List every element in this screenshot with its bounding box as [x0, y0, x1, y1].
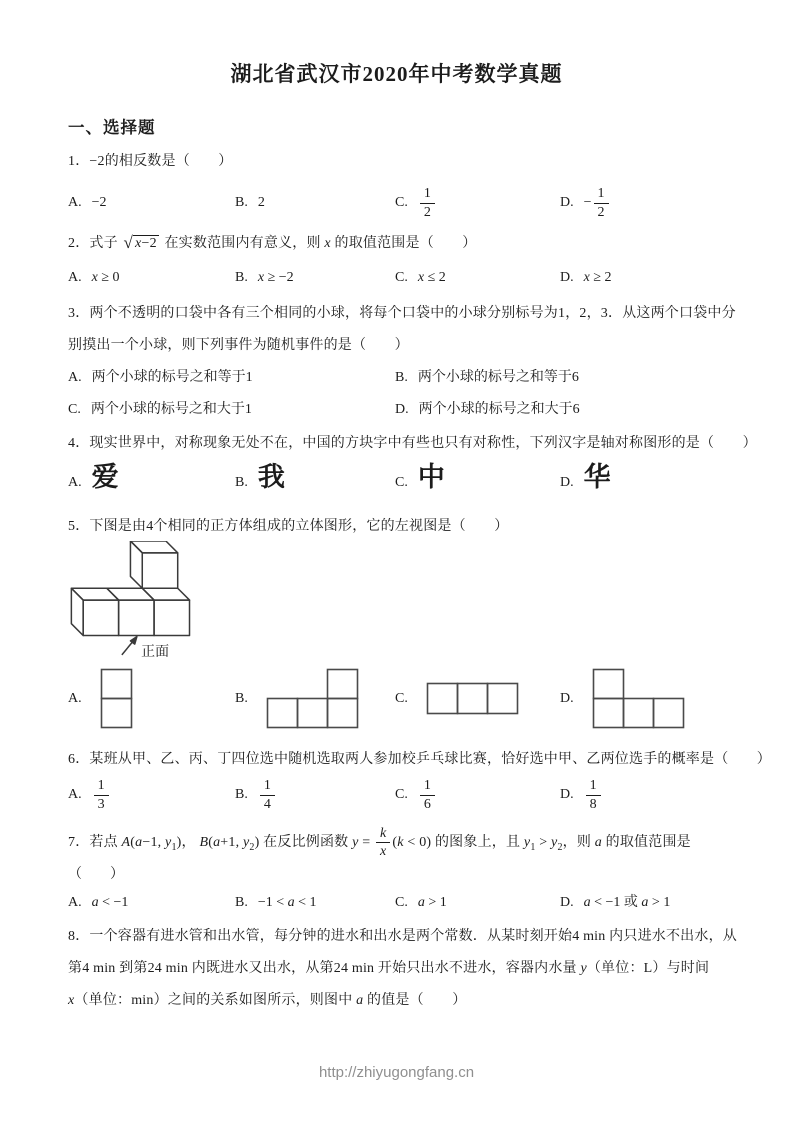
- fraction: 12: [420, 186, 435, 220]
- q3-option-c: C.两个小球的标号之和大于1: [68, 400, 395, 420]
- option-label: D.: [560, 195, 574, 210]
- fraction-denominator: 6: [420, 796, 435, 812]
- option-value: a > 1: [418, 895, 447, 910]
- fraction-numerator: 1: [420, 186, 435, 203]
- section-heading: 一、选择题: [68, 114, 733, 138]
- q2-option-a: A.x ≥ 0: [68, 268, 235, 288]
- figure-front-label: 正面: [141, 644, 169, 657]
- question-7-paren: （ ）: [68, 864, 733, 885]
- option-value: 两个小球的标号之和大于6: [419, 402, 580, 417]
- question-7-options: A.a < −1 B.−1 < a < 1 C.a > 1 D.a < −1 或…: [68, 893, 733, 913]
- question-5-stem: 5．下图是由4个相同的正方体组成的立体图形，它的左视图是（ ）: [68, 516, 733, 537]
- question-8-stem-line1: 8．一个容器有进水管和出水管，每分钟的进水和出水是两个常数．从某时刻开始4 mi…: [68, 926, 733, 947]
- option-label: D.: [560, 270, 574, 285]
- option-label: B.: [235, 895, 248, 910]
- q2-option-b: B.x ≥ −2: [235, 268, 395, 288]
- q7-option-d: D.a < −1 或 a > 1: [560, 893, 733, 913]
- stem-text: 在实数范围内有意义，则: [164, 236, 320, 251]
- option-label: B.: [235, 787, 248, 802]
- fraction-denominator: 8: [586, 796, 601, 812]
- q4-option-d: D.华: [560, 467, 733, 493]
- option-value: 两个小球的标号之和大于1: [91, 402, 252, 417]
- option-value: 两个小球的标号之和等于1: [92, 370, 253, 385]
- option-label: A.: [68, 691, 82, 707]
- fraction: 12: [594, 186, 609, 220]
- cube-figure-svg: 正面: [68, 541, 238, 657]
- q4-option-c: C.中: [395, 467, 560, 493]
- stem-text: 2．式子: [68, 236, 118, 251]
- q5-option-d: D.: [560, 668, 733, 730]
- question-5-options: A. B. C. D.: [68, 663, 733, 735]
- fraction-numerator: 1: [594, 186, 609, 203]
- q5-option-a-shape: [100, 668, 134, 730]
- option-value: a < −1 或 a > 1: [584, 895, 671, 910]
- question-5: 5．下图是由4个相同的正方体组成的立体图形，它的左视图是（ ）: [68, 516, 733, 735]
- option-label: C.: [395, 195, 408, 210]
- option-label: B.: [235, 270, 248, 285]
- question-2-options: A.x ≥ 0 B.x ≥ −2 C.x ≤ 2 D.x ≥ 2: [68, 268, 733, 288]
- question-2-stem: 2．式子 √x−2 在实数范围内有意义，则 x 的取值范围是（ ）: [68, 232, 733, 254]
- option-label: A.: [68, 895, 82, 910]
- option-character: 华: [584, 462, 613, 492]
- option-value: a < −1: [92, 895, 129, 910]
- q7-option-a: A.a < −1: [68, 893, 235, 913]
- cube-figure: 正面: [68, 541, 733, 657]
- option-label: A.: [68, 195, 82, 210]
- radicand: x−2: [133, 235, 159, 251]
- q6-option-b: B.14: [235, 776, 395, 814]
- fraction-denominator: 2: [420, 204, 435, 220]
- q5-option-b-shape: [266, 668, 360, 730]
- question-7: 7．若点 A(a−1, y1)， B(a+1, y2) 在反比例函数 y = k…: [68, 824, 733, 913]
- question-8-stem-line3: x（单位：min）之间的关系如图所示，则图中 a 的值是（ ）: [68, 990, 733, 1011]
- fraction-denominator: 3: [94, 796, 109, 812]
- option-value: x ≥ 2: [584, 270, 612, 285]
- q7-option-c: C.a > 1: [395, 893, 560, 913]
- q4-option-b: B.我: [235, 467, 395, 493]
- q6-option-d: D.18: [560, 776, 733, 814]
- question-3-stem-line2: 别摸出一个小球，则下列事件为随机事件的是（ ）: [68, 335, 733, 356]
- q5-option-a: A.: [68, 668, 235, 730]
- option-value: 两个小球的标号之和等于6: [418, 370, 579, 385]
- question-4: 4．现实世界中，对称现象无处不在，中国的方块字中有些也只有对称性，下列汉字是轴对…: [68, 433, 733, 500]
- fraction: 14: [260, 778, 275, 812]
- question-2: 2．式子 √x−2 在实数范围内有意义，则 x 的取值范围是（ ） A.x ≥ …: [68, 232, 733, 288]
- q7-option-b: B.−1 < a < 1: [235, 893, 395, 913]
- q5-option-c-shape: [426, 682, 520, 716]
- question-3: 3．两个不透明的口袋中各有三个相同的小球，将每个口袋中的小球分别标号为1，2，3…: [68, 303, 733, 420]
- option-label: B.: [235, 195, 248, 210]
- q6-option-a: A.13: [68, 776, 235, 814]
- option-label: C.: [395, 787, 408, 802]
- exam-page: 湖北省武汉市2020年中考数学真题 一、选择题 1．−2的相反数是（ ） A.−…: [0, 0, 793, 1122]
- q5-option-c: C.: [395, 682, 560, 716]
- question-7-stem: 7．若点 A(a−1, y1)， B(a+1, y2) 在反比例函数 y = k…: [68, 824, 733, 862]
- q5-option-d-shape: [592, 668, 686, 730]
- question-3-options-row1: A.两个小球的标号之和等于1 B.两个小球的标号之和等于6: [68, 368, 733, 388]
- option-label: D.: [560, 475, 574, 490]
- q4-option-a: A.爱: [68, 467, 235, 493]
- q1-option-a: A.−2: [68, 193, 235, 213]
- document-title: 湖北省武汉市2020年中考数学真题: [0, 58, 793, 88]
- option-value: x ≥ −2: [258, 270, 294, 285]
- fraction-numerator: 1: [420, 778, 435, 795]
- question-6-stem: 6．某班从甲、乙、丙、丁四位选中随机选取两人参加校乒乓球比赛，恰好选中甲、乙两位…: [68, 749, 733, 770]
- q5-option-b: B.: [235, 668, 395, 730]
- option-value: x ≤ 2: [418, 270, 446, 285]
- fraction-numerator: 1: [94, 778, 109, 795]
- option-value: −2: [92, 195, 107, 210]
- fraction-denominator: 4: [260, 796, 275, 812]
- question-6: 6．某班从甲、乙、丙、丁四位选中随机选取两人参加校乒乓球比赛，恰好选中甲、乙两位…: [68, 749, 733, 816]
- option-label: D.: [560, 895, 574, 910]
- option-label: B.: [395, 370, 408, 385]
- footer-url: http://zhiyugongfang.cn: [0, 1064, 793, 1081]
- q1-option-d: D.−12: [560, 184, 733, 222]
- fraction-denominator: 2: [594, 204, 609, 220]
- option-label: A.: [68, 370, 82, 385]
- q1-option-c: C.12: [395, 184, 560, 222]
- option-value: 2: [258, 195, 265, 210]
- q3-option-b: B.两个小球的标号之和等于6: [395, 368, 733, 388]
- option-label: B.: [235, 475, 248, 490]
- option-label: C.: [395, 895, 408, 910]
- variable-x: x: [324, 236, 330, 251]
- option-character: 爱: [92, 462, 121, 492]
- fraction-numerator: 1: [260, 778, 275, 795]
- question-1-options: A.−2 B.2 C.12 D.−12: [68, 182, 733, 224]
- fraction: 18: [586, 778, 601, 812]
- question-4-stem: 4．现实世界中，对称现象无处不在，中国的方块字中有些也只有对称性，下列汉字是轴对…: [68, 433, 733, 454]
- question-8-stem-line2: 第4 min 到第24 min 内既进水又出水，从第24 min 开始只出水不进…: [68, 958, 733, 979]
- option-label: C.: [68, 402, 81, 417]
- fraction: 16: [420, 778, 435, 812]
- q2-option-d: D.x ≥ 2: [560, 268, 733, 288]
- fraction-numerator: k: [376, 826, 390, 843]
- question-8: 8．一个容器有进水管和出水管，每分钟的进水和出水是两个常数．从某时刻开始4 mi…: [68, 926, 733, 1011]
- option-label: B.: [235, 691, 248, 707]
- option-value: x ≥ 0: [92, 270, 120, 285]
- option-label: C.: [395, 475, 408, 490]
- fraction-denominator: x: [376, 843, 390, 859]
- radical-icon: √: [124, 233, 134, 252]
- option-label: D.: [560, 691, 574, 707]
- q1-option-b: B.2: [235, 193, 395, 213]
- option-label: A.: [68, 475, 82, 490]
- fraction: 13: [94, 778, 109, 812]
- minus-sign: −: [584, 195, 592, 210]
- q3-option-d: D.两个小球的标号之和大于6: [395, 400, 733, 420]
- stem-text: (k < 0) 的图象上，且 y1 > y2，则 a 的取值范围是: [392, 835, 690, 850]
- question-3-options-row2: C.两个小球的标号之和大于1 D.两个小球的标号之和大于6: [68, 400, 733, 420]
- option-label: C.: [395, 270, 408, 285]
- q2-option-c: C.x ≤ 2: [395, 268, 560, 288]
- option-character: 我: [258, 462, 287, 492]
- option-label: A.: [68, 270, 82, 285]
- option-label: D.: [395, 402, 409, 417]
- option-label: A.: [68, 787, 82, 802]
- option-value: −1 < a < 1: [258, 895, 317, 910]
- question-4-options: A.爱 B.我 C.中 D.华: [68, 460, 733, 500]
- stem-text: 7．若点 A(a−1, y1)， B(a+1, y2) 在反比例函数 y =: [68, 835, 374, 850]
- fraction: kx: [376, 826, 390, 860]
- option-character: 中: [418, 462, 447, 492]
- option-label: C.: [395, 691, 408, 707]
- question-6-options: A.13 B.14 C.16 D.18: [68, 774, 733, 816]
- q3-option-a: A.两个小球的标号之和等于1: [68, 368, 395, 388]
- stem-text: 的取值范围是（ ）: [335, 236, 477, 251]
- q6-option-c: C.16: [395, 776, 560, 814]
- question-1-stem: 1．−2的相反数是（ ）: [68, 151, 733, 172]
- fraction-numerator: 1: [586, 778, 601, 795]
- option-label: D.: [560, 787, 574, 802]
- question-3-stem-line1: 3．两个不透明的口袋中各有三个相同的小球，将每个口袋中的小球分别标号为1，2，3…: [68, 303, 733, 324]
- question-1: 1．−2的相反数是（ ） A.−2 B.2 C.12 D.−12: [68, 151, 733, 224]
- sqrt-expression: √x−2: [124, 232, 159, 254]
